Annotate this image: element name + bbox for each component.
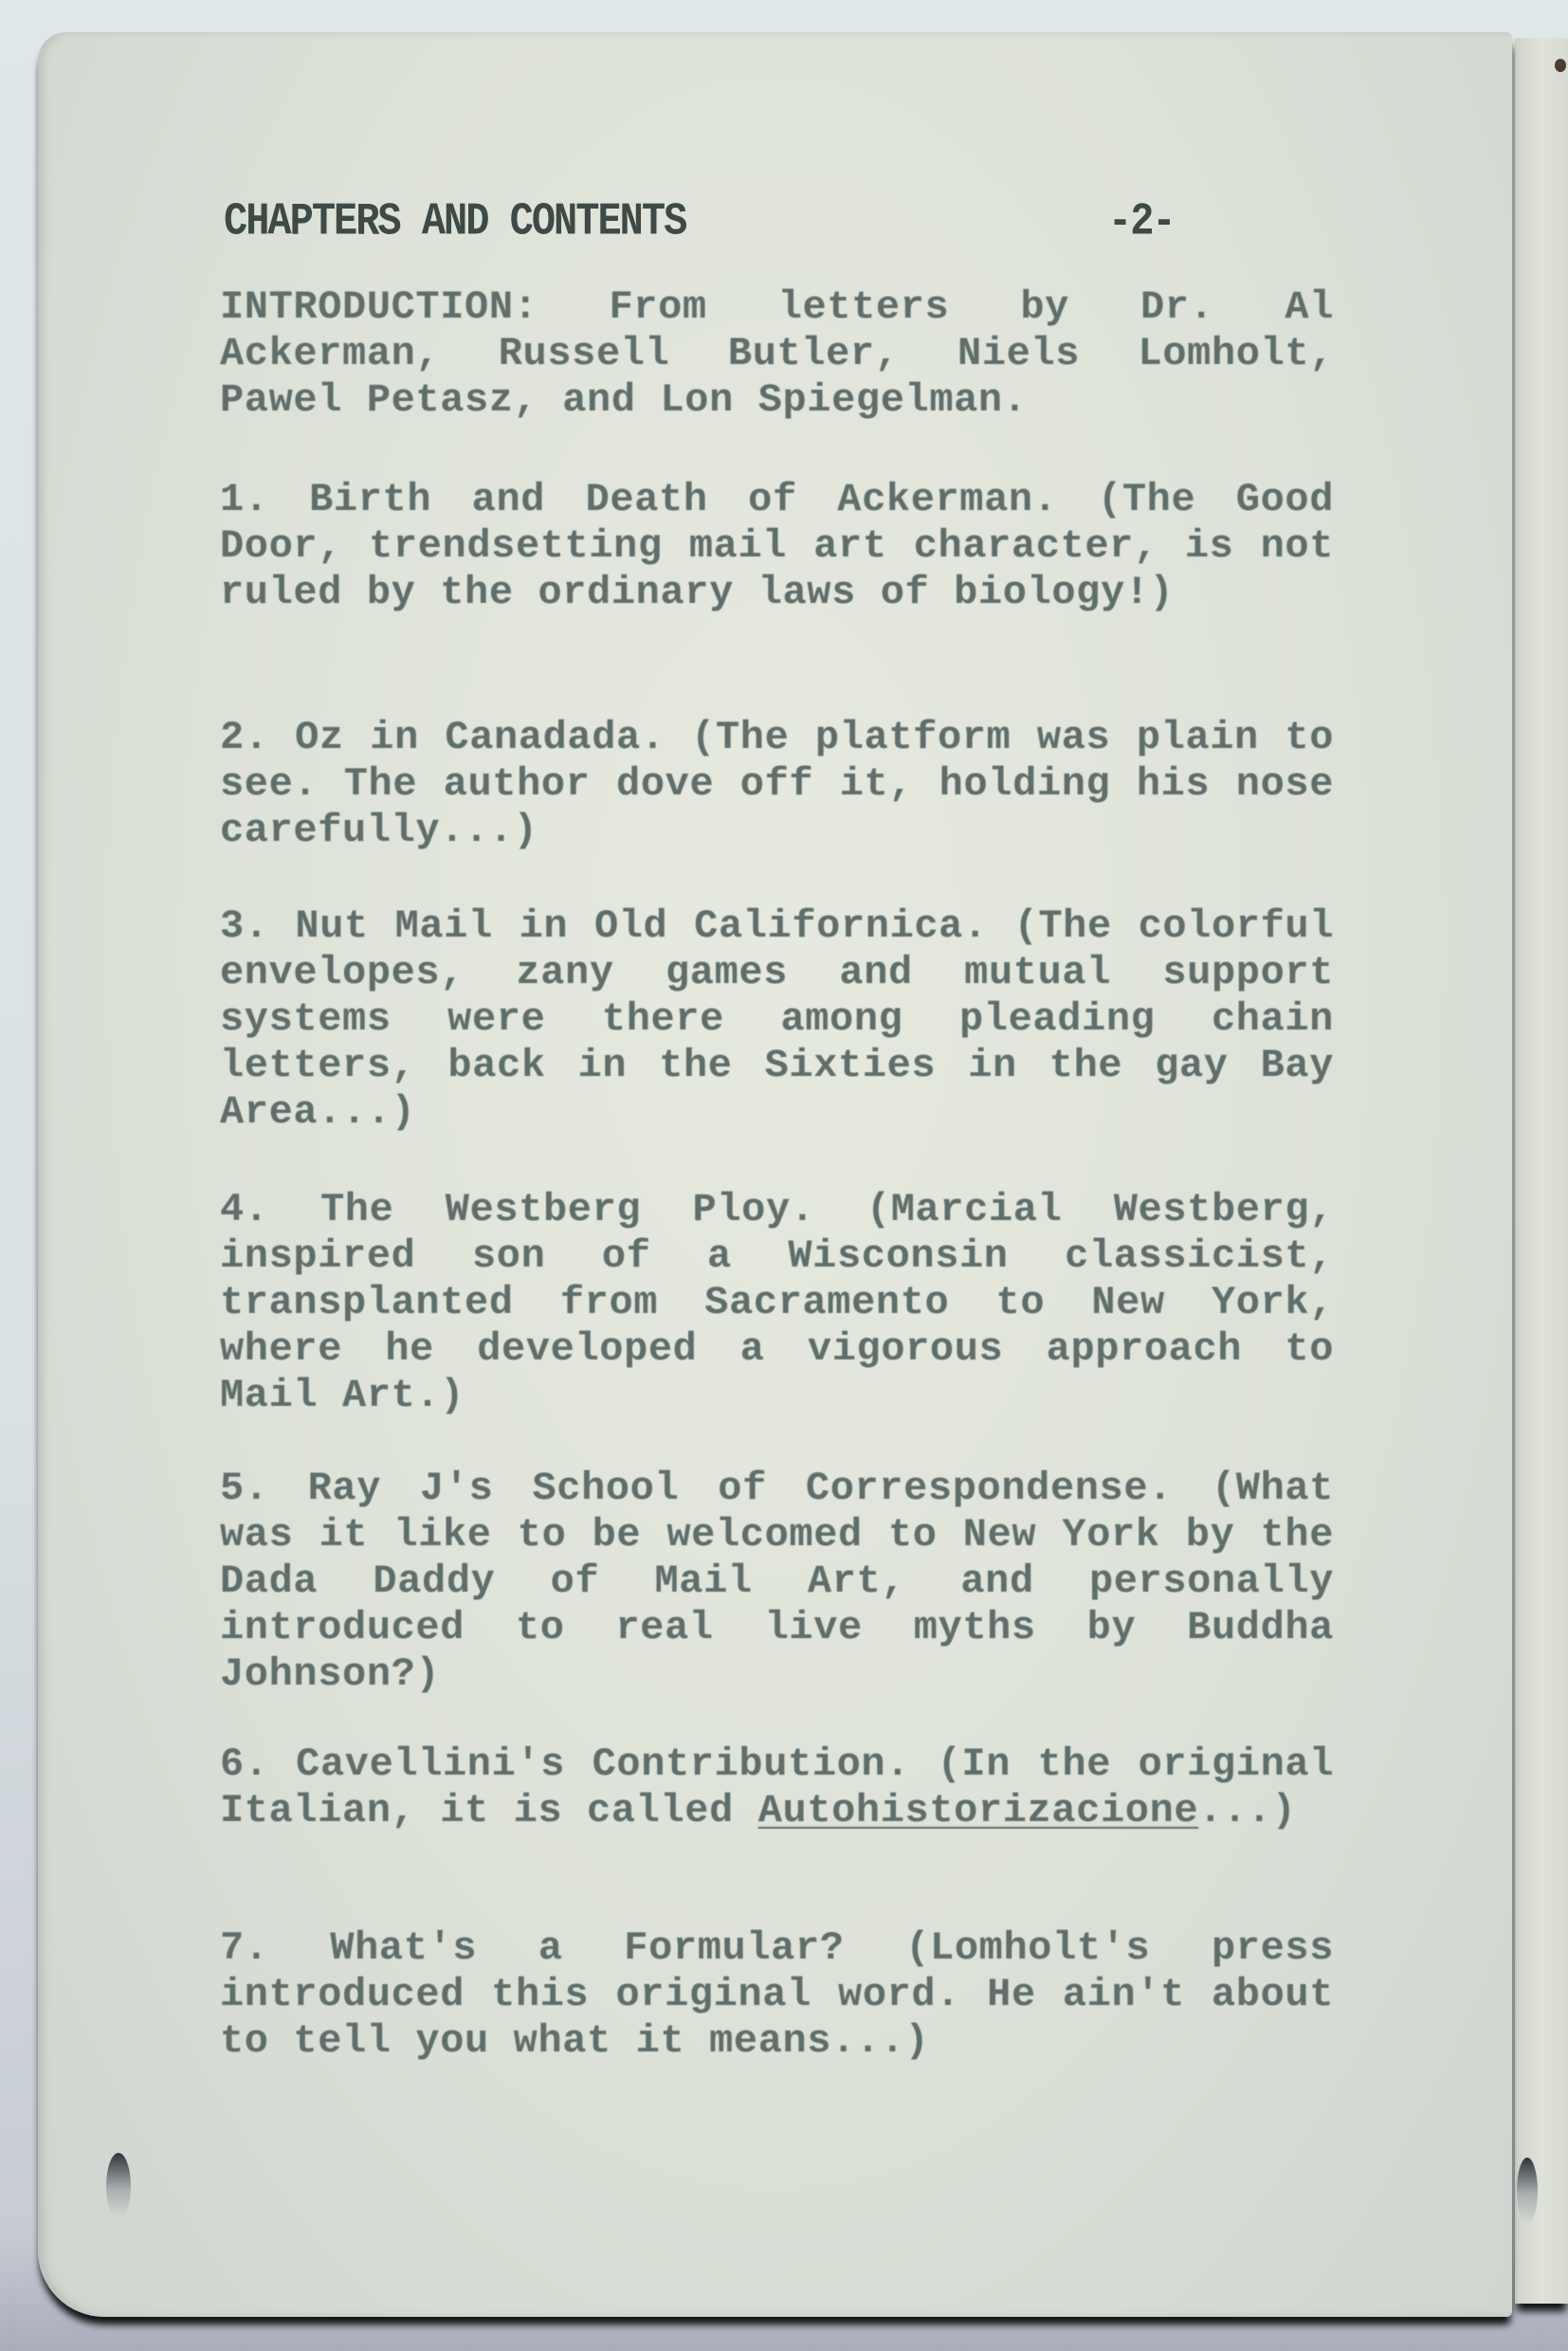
binding-mark [1555,59,1566,72]
chapter-4: 4. The Westberg Ploy. (Marcial Westberg,… [220,1187,1334,1419]
page-title: CHAPTERS AND CONTENTS [224,195,685,247]
punch-hole [1517,2158,1538,2224]
punch-hole [106,2153,131,2219]
chapter-6: 6. Cavellini's Contribution. (In the ori… [220,1741,1334,1834]
chapter-6-text-end: ...) [1198,1788,1296,1833]
page-number: -2- [1108,195,1175,247]
chapter-2: 2. Oz in Canadada. (The platform was pla… [220,715,1334,854]
chapter-6-underlined-term: Autohistorizacione [758,1788,1198,1833]
chapter-5: 5. Ray J's School of Correspondense. (Wh… [220,1466,1334,1698]
chapter-3: 3. Nut Mail in Old Californica. (The col… [220,903,1334,1136]
next-page-edge [1515,38,1568,2304]
introduction-paragraph: INTRODUCTION: From letters by Dr. Al Ack… [220,284,1334,424]
chapter-7: 7. What's a Formular? (Lomholt's press i… [220,1925,1334,2065]
page-header: CHAPTERS AND CONTENTS -2- [224,195,1342,247]
chapter-1: 1. Birth and Death of Ackerman. (The Goo… [220,477,1334,616]
